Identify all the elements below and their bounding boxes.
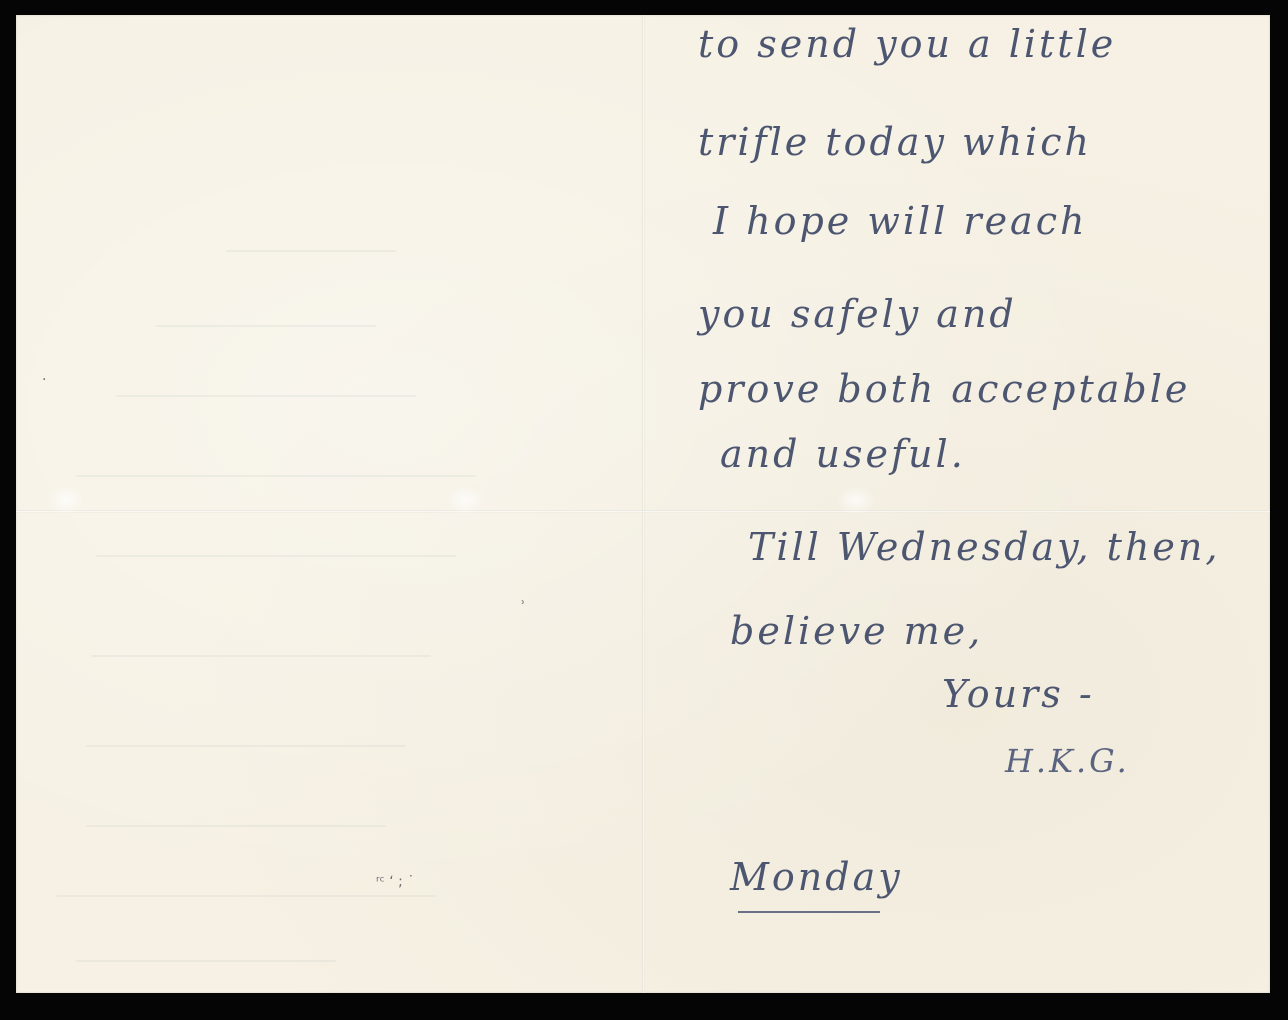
letter-line-5: prove both acceptable <box>698 370 1190 408</box>
show-through-line <box>86 745 406 747</box>
letter-line-1: to send you a little <box>698 25 1116 63</box>
letter-line-8: believe me, <box>730 612 983 650</box>
letter-sheet: · ʳᶜ ʻ ; ˙ ʾ to send you a little trifle… <box>16 15 1270 993</box>
ink-speck: ʳᶜ ʻ ; ˙ <box>376 875 414 889</box>
scanned-letter: · ʳᶜ ʻ ; ˙ ʾ to send you a little trifle… <box>0 0 1288 1020</box>
letter-line-4: you safely and <box>698 295 1017 333</box>
letter-line-3: I hope will reach <box>713 202 1087 240</box>
signature-initials: H.K.G. <box>1005 745 1130 777</box>
show-through-line <box>56 895 436 897</box>
show-through-line <box>76 475 476 477</box>
show-through-line <box>156 325 376 327</box>
show-through-line <box>116 395 416 397</box>
show-through-line <box>226 250 396 252</box>
left-page: · ʳᶜ ʻ ; ˙ ʾ <box>16 15 642 993</box>
letter-closing: Yours - <box>942 675 1095 713</box>
date-underline <box>738 911 880 913</box>
letter-line-6: and useful. <box>720 435 966 473</box>
letter-date: Monday <box>730 858 903 896</box>
show-through-line <box>76 960 336 962</box>
ink-speck: · <box>42 373 46 387</box>
show-through-line <box>91 655 431 657</box>
letter-line-2: trifle today which <box>698 123 1092 161</box>
letter-line-7: Till Wednesday, then, <box>748 528 1220 566</box>
show-through-line <box>96 555 456 557</box>
show-through-line <box>86 825 386 827</box>
right-page: to send you a little trifle today which … <box>645 15 1270 993</box>
ink-speck: ʾ <box>521 600 525 614</box>
